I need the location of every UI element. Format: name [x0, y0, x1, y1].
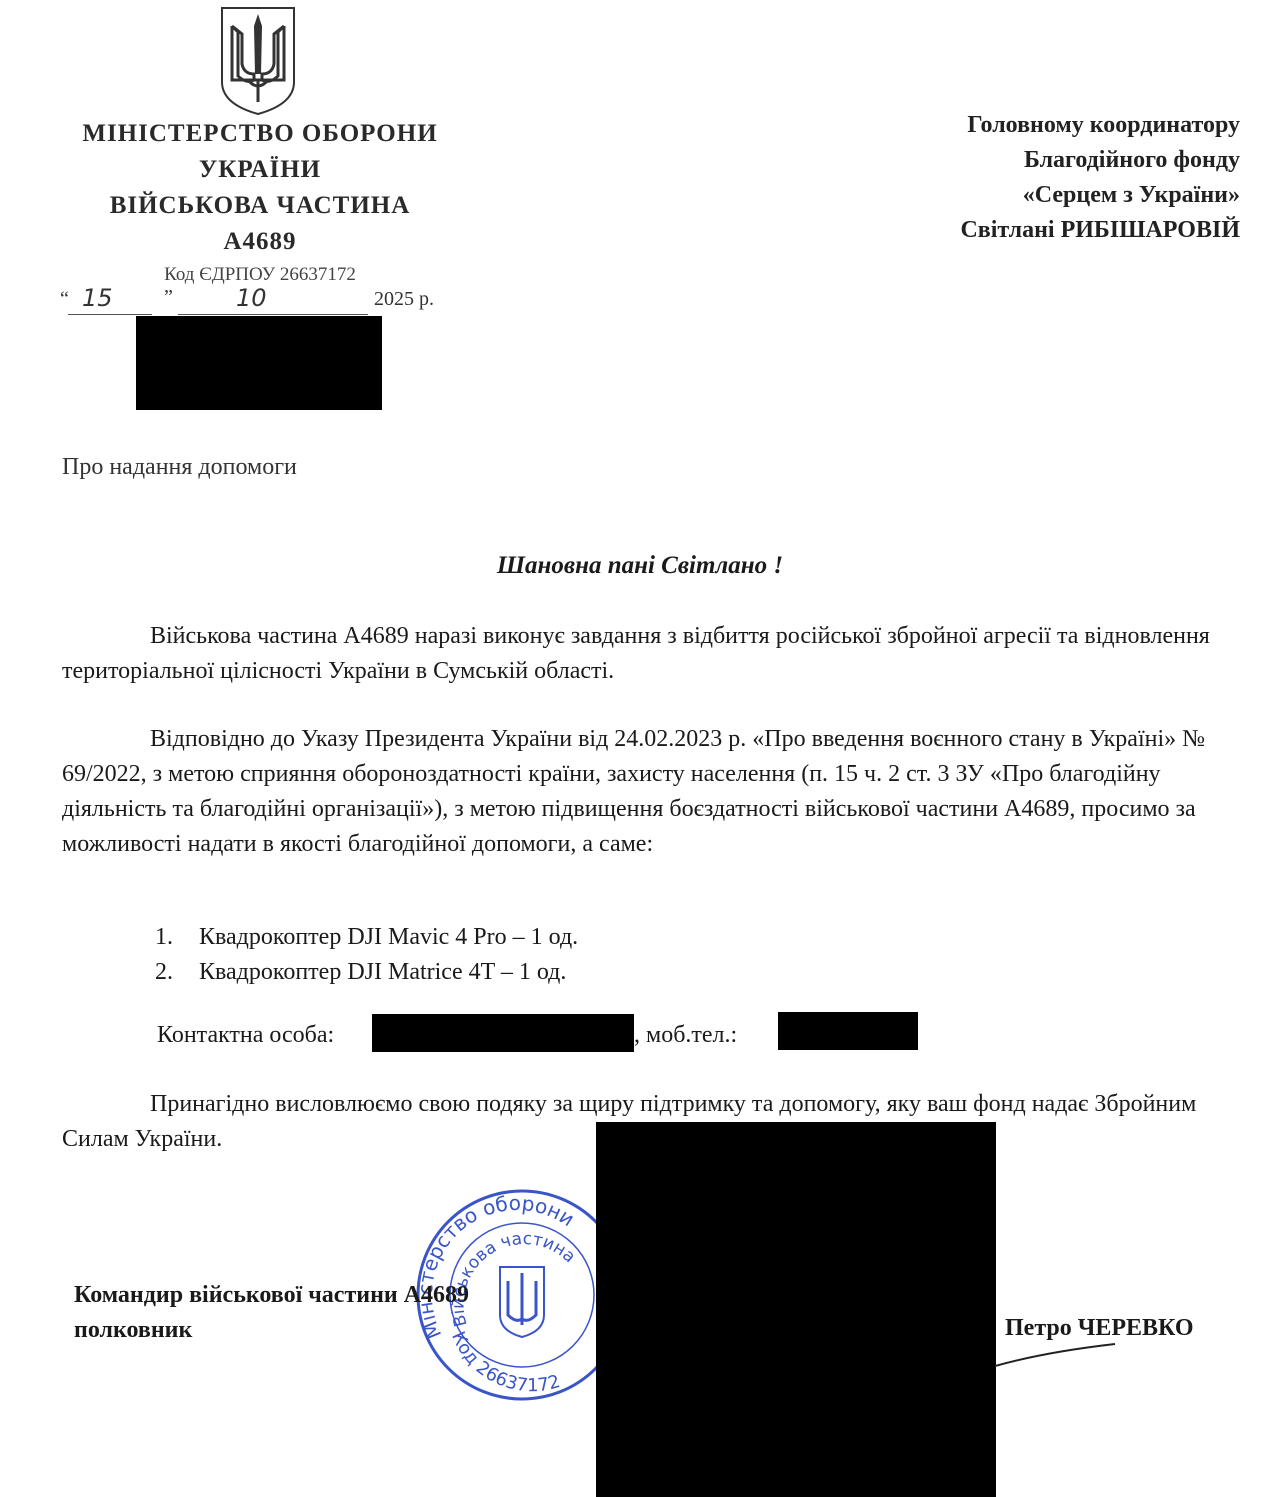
ministry-line-1: МІНІСТЕРСТВО ОБОРОНИ — [40, 116, 480, 152]
redacted-signature — [596, 1122, 996, 1497]
item-text: Квадрокоптер DJI Matrice 4T – 1 од. — [199, 959, 566, 985]
date-close-quote: ” — [164, 286, 173, 309]
requested-items-list: 1.Квадрокоптер DJI Mavic 4 Pro – 1 од. 2… — [155, 920, 578, 990]
letterhead: МІНІСТЕРСТВО ОБОРОНИ УКРАЇНИ ВІЙСЬКОВА Ч… — [40, 0, 480, 288]
document-date: “ 15 ” 10 2025 р. — [60, 284, 480, 318]
recipient-line: Благодійного фонду — [960, 143, 1240, 178]
ministry-line-2: УКРАЇНИ — [40, 152, 480, 188]
recipient-name: Світлані РИБІШАРОВІЙ — [960, 213, 1240, 248]
redacted-reference-number — [136, 316, 382, 410]
date-underline-day — [68, 314, 152, 315]
item-number: 2. — [155, 955, 199, 990]
tryzub-coat-of-arms-icon — [218, 4, 298, 116]
date-day: 15 — [82, 284, 113, 312]
date-open-quote: “ — [60, 288, 69, 311]
date-month: 10 — [236, 284, 267, 312]
unit-line: ВІЙСЬКОВА ЧАСТИНА — [40, 188, 480, 224]
recipient-line: Головному координатору — [960, 108, 1240, 143]
redacted-contact-person — [372, 1014, 634, 1052]
signature-stroke — [995, 1340, 1125, 1370]
contact-person-label: Контактна особа: — [157, 1022, 334, 1048]
signatory-name: Петро ЧЕРЕВКО — [1005, 1315, 1194, 1342]
paragraph-intro: Військова частина А4689 наразі виконує з… — [62, 619, 1222, 689]
redacted-phone — [778, 1012, 918, 1050]
paragraph-text: Військова частина А4689 наразі виконує з… — [62, 623, 1210, 684]
military-rank: полковник — [74, 1313, 469, 1348]
contact-line: Контактна особа: — [157, 1018, 334, 1053]
paragraph-request: Відповідно до Указу Президента України в… — [62, 722, 1222, 862]
item-number: 1. — [155, 920, 199, 955]
salutation: Шановна пані Світлано ! — [0, 552, 1280, 580]
paragraph-text: Відповідно до Указу Президента України в… — [62, 726, 1205, 857]
date-underline-month — [178, 314, 368, 315]
recipient-line: «Серцем з України» — [960, 178, 1240, 213]
date-year: 2025 р. — [374, 288, 434, 311]
unit-number: А4689 — [40, 224, 480, 260]
item-text: Квадрокоптер DJI Mavic 4 Pro – 1 од. — [199, 924, 578, 950]
subject-line: Про надання допомоги — [62, 454, 297, 481]
position-title: Командир військової частини А4689 — [74, 1278, 469, 1313]
contact-phone-label: , моб.тел.: — [634, 1018, 737, 1053]
signatory-position: Командир військової частини А4689 полков… — [74, 1278, 469, 1348]
list-item: 1.Квадрокоптер DJI Mavic 4 Pro – 1 од. — [155, 920, 578, 955]
list-item: 2.Квадрокоптер DJI Matrice 4T – 1 од. — [155, 955, 578, 990]
recipient-block: Головному координатору Благодійного фонд… — [960, 108, 1240, 248]
